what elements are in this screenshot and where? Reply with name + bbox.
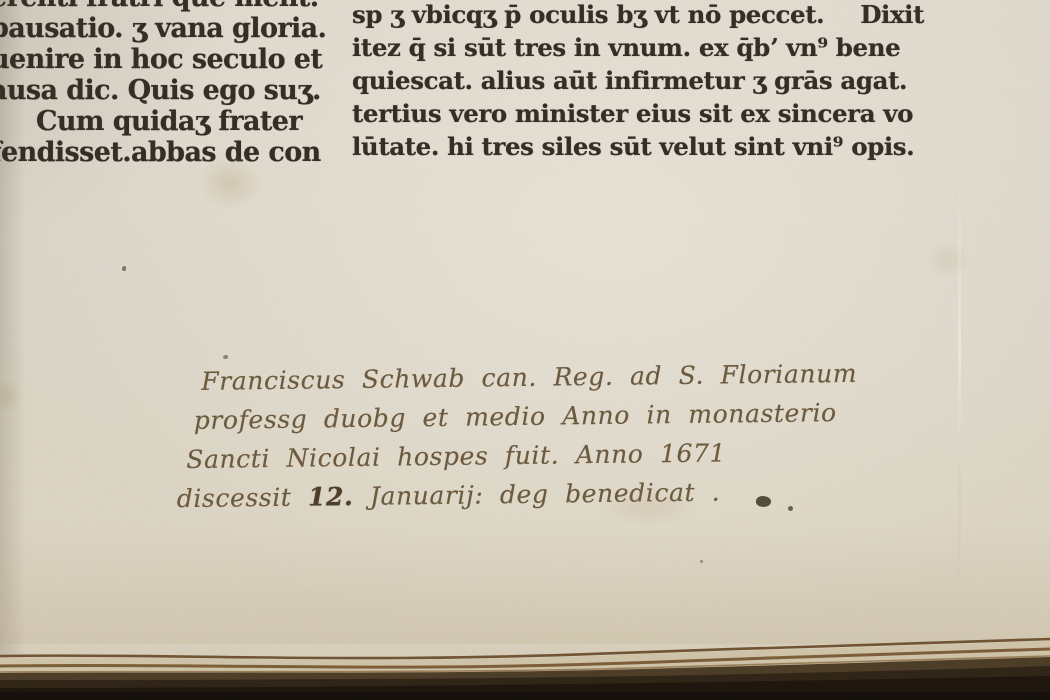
printed-line: quiescat. alius aūt infirmetur ʒ grās ag… [352, 64, 972, 97]
stain [600, 486, 696, 528]
printed-text-left-column: erenti fratri que ment. pausatio. ʒ vana… [0, 0, 370, 168]
manuscript-note: Franciscus Schwab can. Reg. ad S. Floria… [175, 354, 857, 518]
printed-line: pausatio. ʒ vana gloria. [0, 13, 370, 44]
manuscript-date: 12. [308, 482, 354, 512]
stain [926, 240, 972, 280]
ink-speck [122, 266, 126, 271]
ink-speck [223, 355, 228, 359]
ink-speck [700, 560, 703, 563]
printed-line: fendisset.abbas de con [0, 137, 370, 168]
stain [198, 156, 262, 210]
manuscript-word: discessit [177, 483, 309, 514]
manuscript-line: professg duobg et medio Anno in monaster… [176, 393, 856, 440]
book-fore-edge [0, 622, 1050, 700]
printed-text-right-column: cōmanuet tean nat p sp ʒ vbicqʒ p̄ oculi… [352, 0, 972, 163]
printed-line: Cum quidaʒ frater [0, 106, 370, 137]
printed-line: sp ʒ vbicqʒ p̄ oculis bʒ vt nō peccet. D… [352, 0, 972, 31]
printed-line: itez q̄ si sūt tres in vnum. ex q̄bʼ vn⁹… [352, 31, 972, 64]
ink-dot [788, 506, 793, 511]
book-page-photo: erenti fratri que ment. pausatio. ʒ vana… [0, 0, 1050, 700]
printed-line: tertius vero minister eius sit ex sincer… [352, 97, 972, 130]
manuscript-line: discessit 12. Januarij: deg benedicat . [177, 471, 857, 518]
paper-crease [958, 170, 961, 630]
printed-line: erenti fratri que ment. [0, 0, 370, 13]
printed-line: ausa dic. Quis ego suʒ. [0, 75, 370, 106]
printed-line: lūtate. hi tres siles sūt velut sint vni… [352, 130, 972, 163]
printed-line: uenire in hoc seculo et [0, 44, 370, 75]
